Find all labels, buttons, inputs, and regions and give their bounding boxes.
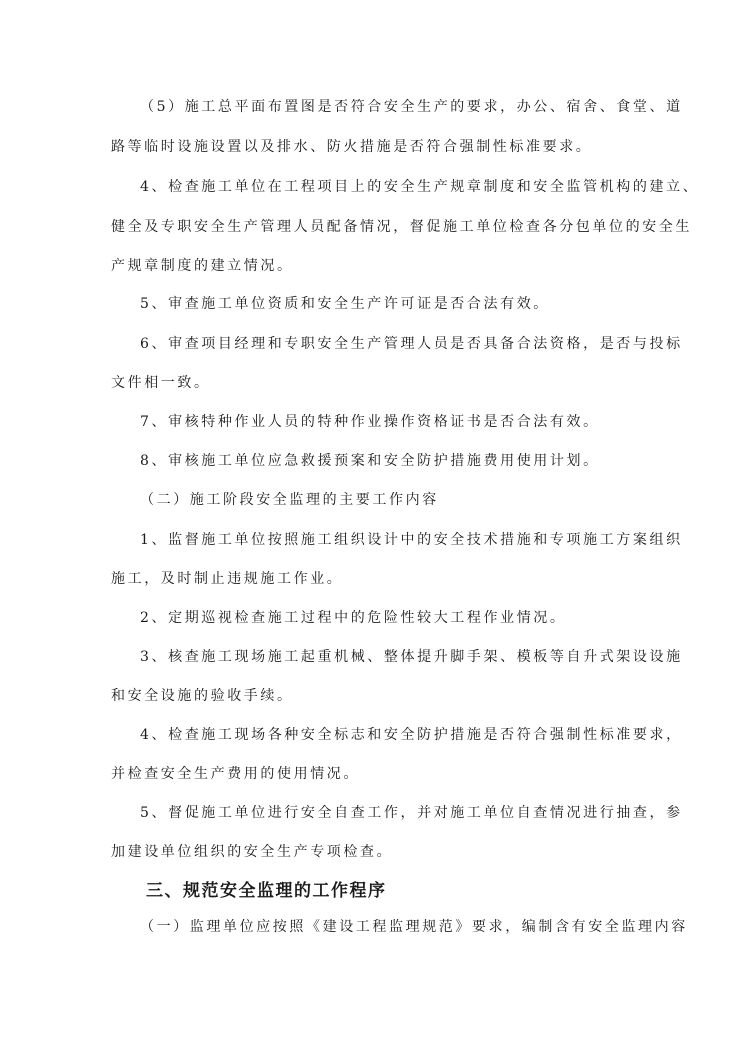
paragraph-line: 4、检查施工现场各种安全标志和安全防护措施是否符合强制性标准要求， — [140, 725, 683, 745]
paragraph-line: 8、审核施工单位应急救援预案和安全防护措施费用使用计划。 — [140, 451, 600, 471]
paragraph-line: 5、审查施工单位资质和安全生产许可证是否合法有效。 — [140, 294, 550, 314]
paragraph-line: 7、审核特种作业人员的特种作业操作资格证书是否合法有效。 — [140, 412, 600, 432]
paragraph-line: 3、核查施工现场施工起重机械、整体提升脚手架、模板等自升式架设设施 — [140, 647, 683, 667]
paragraph-line: 5、督促施工单位进行安全自查工作，并对施工单位自查情况进行抽查，参 — [140, 803, 683, 823]
subsection-title: （二）施工阶段安全监理的主要工作内容 — [140, 490, 439, 510]
paragraph-line: 路等临时设施设置以及排水、防火措施是否符合强制性标准要求。 — [111, 137, 592, 157]
paragraph-line: 产规章制度的建立情况。 — [111, 256, 294, 276]
paragraph-line: 和安全设施的验收手续。 — [111, 686, 294, 706]
section-heading: 三、规范安全监理的工作程序 — [146, 876, 387, 901]
paragraph-line: 施工，及时制止违规施工作业。 — [111, 569, 343, 589]
paragraph-line: 健全及专职安全生产管理人员配备情况，督促施工单位检查各分包单位的安全生 — [111, 217, 692, 237]
paragraph-line: 并检查安全生产费用的使用情况。 — [111, 764, 360, 784]
paragraph-line: 6、审查项目经理和专职安全生产管理人员是否具备合法资格，是否与投标 — [140, 334, 683, 354]
paragraph-line: 文件相一致。 — [111, 373, 211, 393]
document-page: （5）施工总平面布置图是否符合安全生产的要求，办公、宿舍、食堂、道 路等临时设施… — [0, 0, 744, 1052]
paragraph-line: 2、定期巡视检查施工过程中的危险性较大工程作业情况。 — [140, 608, 567, 628]
paragraph-line: 4、检查施工单位在工程项目上的安全生产规章制度和安全监管机构的建立、 — [140, 177, 699, 197]
paragraph-line: （5）施工总平面布置图是否符合安全生产的要求，办公、宿舍、食堂、道 — [140, 97, 683, 117]
paragraph-line: 加建设单位组织的安全生产专项检查。 — [111, 842, 393, 862]
paragraph-line: 1、监督施工单位按照施工组织设计中的安全技术措施和专项施工方案组织 — [140, 530, 683, 550]
paragraph-line: （一）监理单位应按照《建设工程监理规范》要求，编制含有安全监理内容 — [140, 917, 688, 937]
